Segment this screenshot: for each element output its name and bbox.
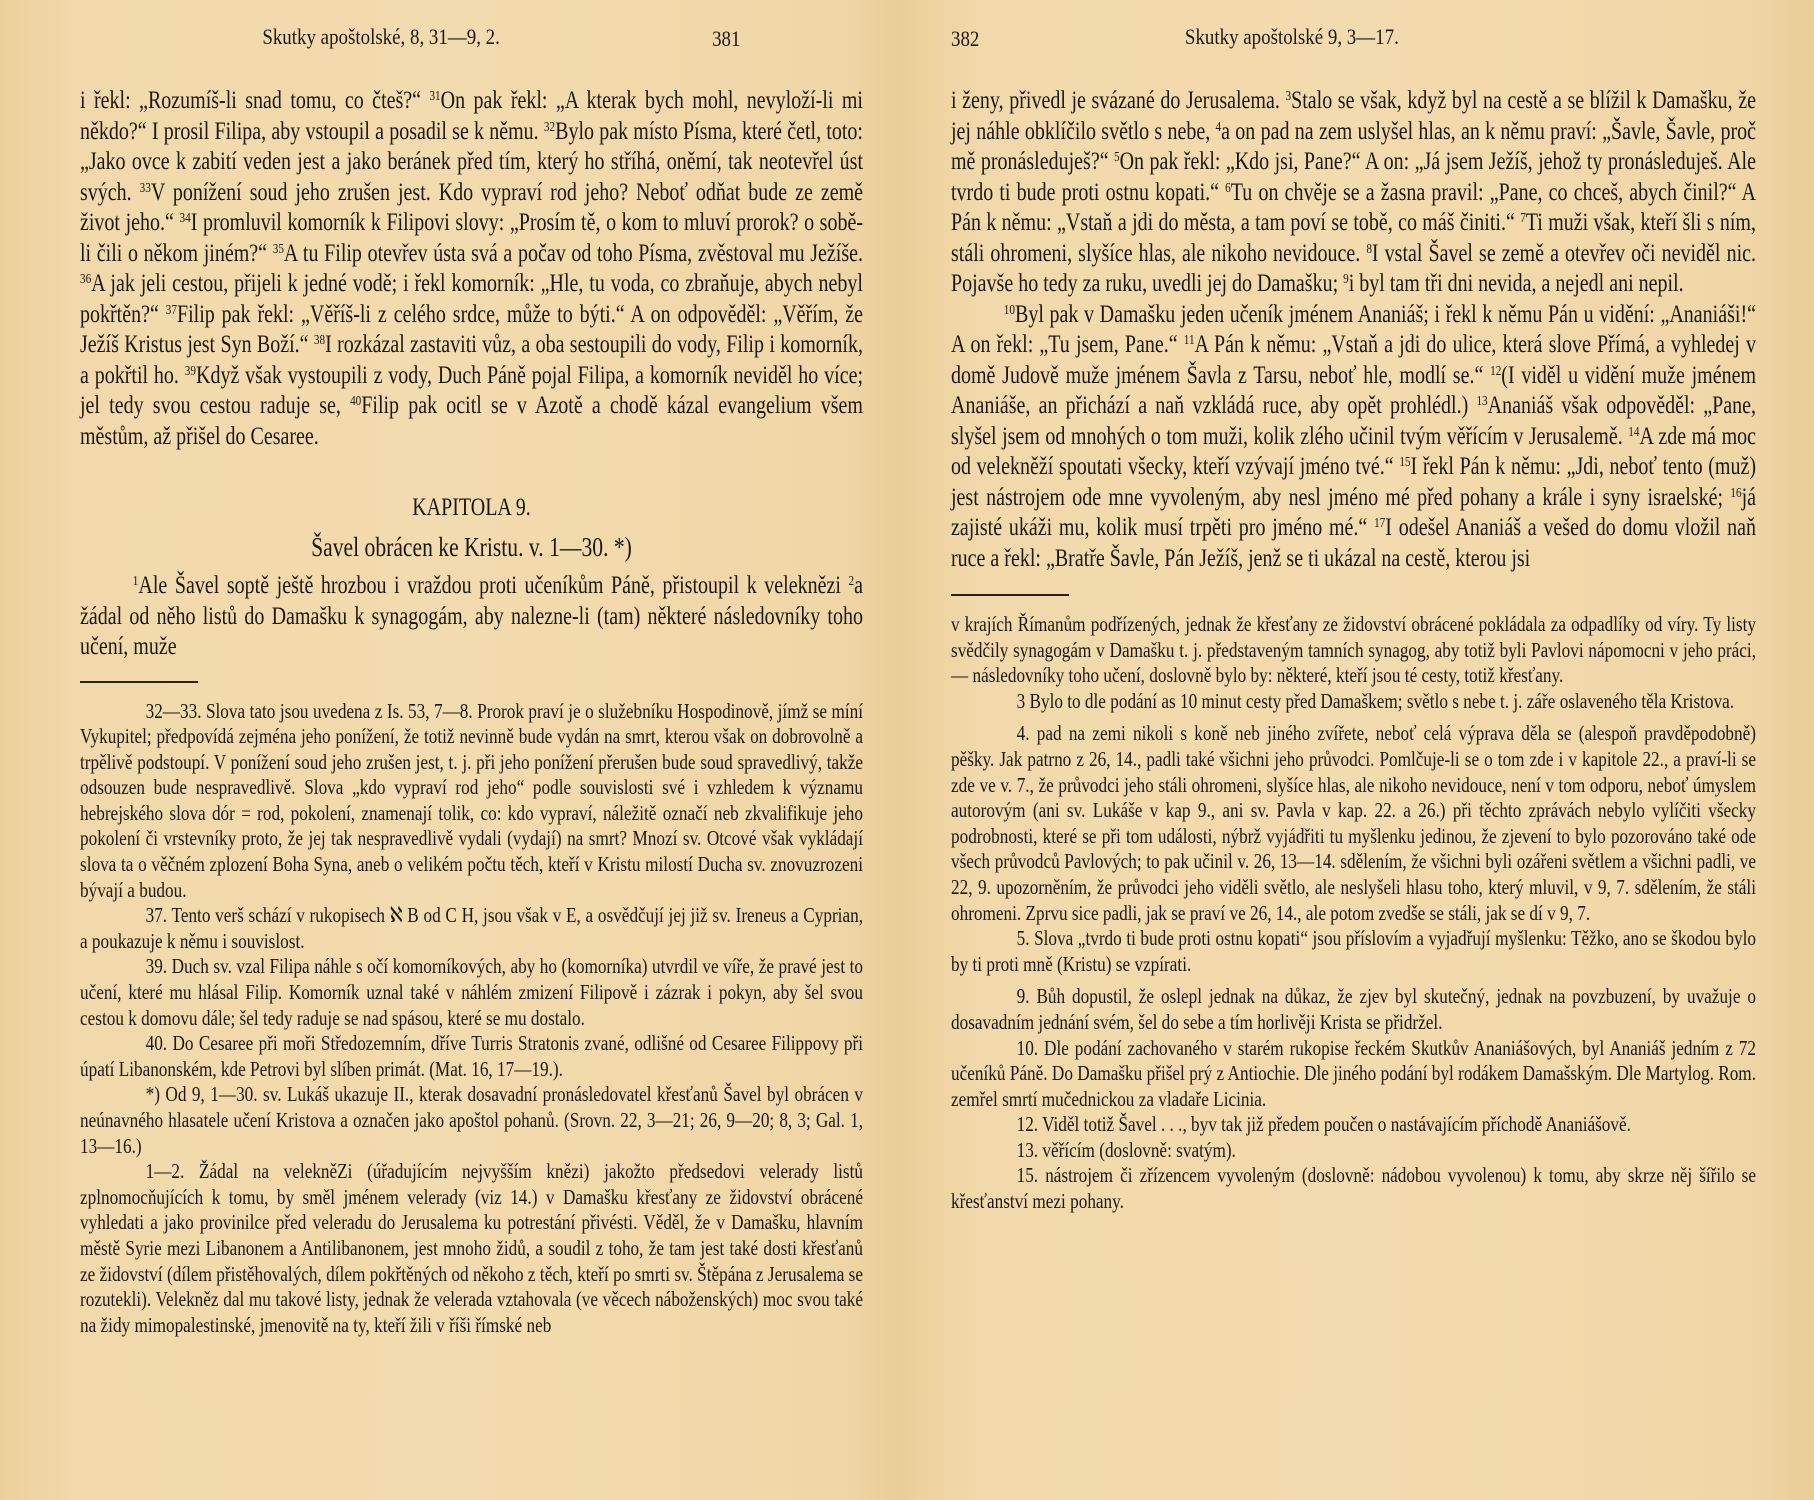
chapter-subtitle: Šavel obrácen ke Kristu. v. 1—30. *) [158, 532, 784, 563]
verse-number: 13 [1476, 394, 1487, 409]
footnote: 10. Dle podání zachovaného v starém ruko… [951, 1036, 1756, 1113]
footnote: 4. pad na zemi nikoli s koně neb jiného … [951, 721, 1756, 926]
footnote: 3 Bylo to dle podání as 10 minut cesty p… [951, 689, 1756, 715]
verse-number: 38 [314, 333, 325, 348]
paragraph: 10Byl pak v Damašku jeden učeník jménem … [951, 300, 1756, 575]
verse-number: 34 [180, 211, 191, 226]
footnote: *) Od 9, 1—30. sv. Lukáš ukazuje II., kt… [80, 1082, 863, 1159]
verse-number: 35 [273, 242, 284, 257]
verse-number: 11 [1184, 333, 1195, 348]
footnote: 12. Viděl totiž Šavel . . ., byv tak již… [951, 1112, 1756, 1138]
verse-text: i byl tam tři dni nevida, a nejedl ani n… [1349, 270, 1684, 297]
verse-number: 37 [166, 303, 177, 318]
verse-text: i ženy, přivedl je svázané do Jerusalema… [951, 87, 1285, 114]
footnote: 9. Bůh dopustil, že oslepl jednak na důk… [951, 984, 1756, 1035]
main-text: i řekl: „Rozumíš-li snad tomu, co čteš?“… [80, 86, 863, 452]
footnote: 1—2. Žádal na velekněZi (úřadujícím nejv… [80, 1159, 863, 1338]
page-number: 382 [951, 26, 979, 52]
footnote: 13. věřícím (doslovně: svatým). [951, 1138, 1756, 1164]
verse-text: i řekl: „Rozumíš-li snad tomu, co čteš?“ [80, 87, 429, 114]
right-page: 382 Skutky apoštolské 9, 3—17. i ženy, p… [907, 0, 1814, 1500]
paragraph: i ženy, přivedl je svázané do Jerusalema… [951, 86, 1756, 300]
page-number: 381 [712, 26, 740, 52]
verse-number: 32 [544, 120, 555, 135]
footnote: v krajích Římanům podřízených, jednak že… [951, 612, 1756, 689]
paragraph: i řekl: „Rozumíš-li snad tomu, co čteš?“… [80, 86, 863, 452]
running-header: Skutky apoštolské, 8, 31—9, 2. 381 [80, 22, 861, 56]
main-text: i ženy, přivedl je svázané do Jerusalema… [951, 86, 1756, 574]
book-spread: Skutky apoštolské, 8, 31—9, 2. 381 i řek… [0, 0, 1814, 1500]
verse-number: 36 [80, 272, 91, 287]
footnote: 37. Tento verš schází v rukopisech ℵ B o… [80, 903, 863, 954]
footnote: 5. Slova „tvrdo ti bude proti ostnu kopa… [951, 926, 1756, 977]
footnote: 39. Duch sv. vzal Filipa náhle s očí kom… [80, 954, 863, 1031]
footnote: 15. nástrojem či zřízencem vyvoleným (do… [951, 1163, 1756, 1214]
chapter-heading: KAPITOLA 9. [158, 494, 784, 522]
footnotes: v krajích Římanům podřízených, jednak že… [951, 612, 1756, 1215]
chapter-text: 1Ale Šavel soptě ještě hrozbou i vraždou… [80, 571, 863, 663]
verse-number: 33 [140, 181, 151, 196]
verse-number: 17 [1374, 516, 1385, 531]
left-page: Skutky apoštolské, 8, 31—9, 2. 381 i řek… [0, 0, 907, 1500]
running-head-title: Skutky apoštolské 9, 3—17. [1185, 24, 1399, 50]
verse-number: 14 [1628, 425, 1639, 440]
footnote: 40. Do Cesaree při moři Středozemním, dř… [80, 1031, 863, 1082]
footnote-divider [951, 594, 1069, 596]
footnote-divider [80, 681, 198, 683]
paragraph: 1Ale Šavel soptě ještě hrozbou i vraždou… [80, 571, 863, 663]
verse-number: 12 [1490, 364, 1501, 379]
verse-text: Ale Šavel soptě ještě hrozbou i vraždou … [138, 572, 848, 599]
verse-number: 39 [185, 364, 196, 379]
verse-number: 10 [1004, 303, 1015, 318]
running-head-title: Skutky apoštolské, 8, 31—9, 2. [262, 24, 500, 50]
verse-number: 16 [1730, 486, 1741, 501]
verse-text: A tu Filip otevřev ústa svá a počav od t… [284, 240, 863, 267]
footnote: 32—33. Slova tato jsou uvedena z Is. 53,… [80, 699, 863, 904]
footnotes: 32—33. Slova tato jsou uvedena z Is. 53,… [80, 699, 863, 1339]
verse-number: 15 [1399, 455, 1410, 470]
running-header: 382 Skutky apoštolské 9, 3—17. [951, 22, 1754, 56]
verse-number: 40 [350, 394, 361, 409]
verse-number: 31 [429, 89, 440, 104]
